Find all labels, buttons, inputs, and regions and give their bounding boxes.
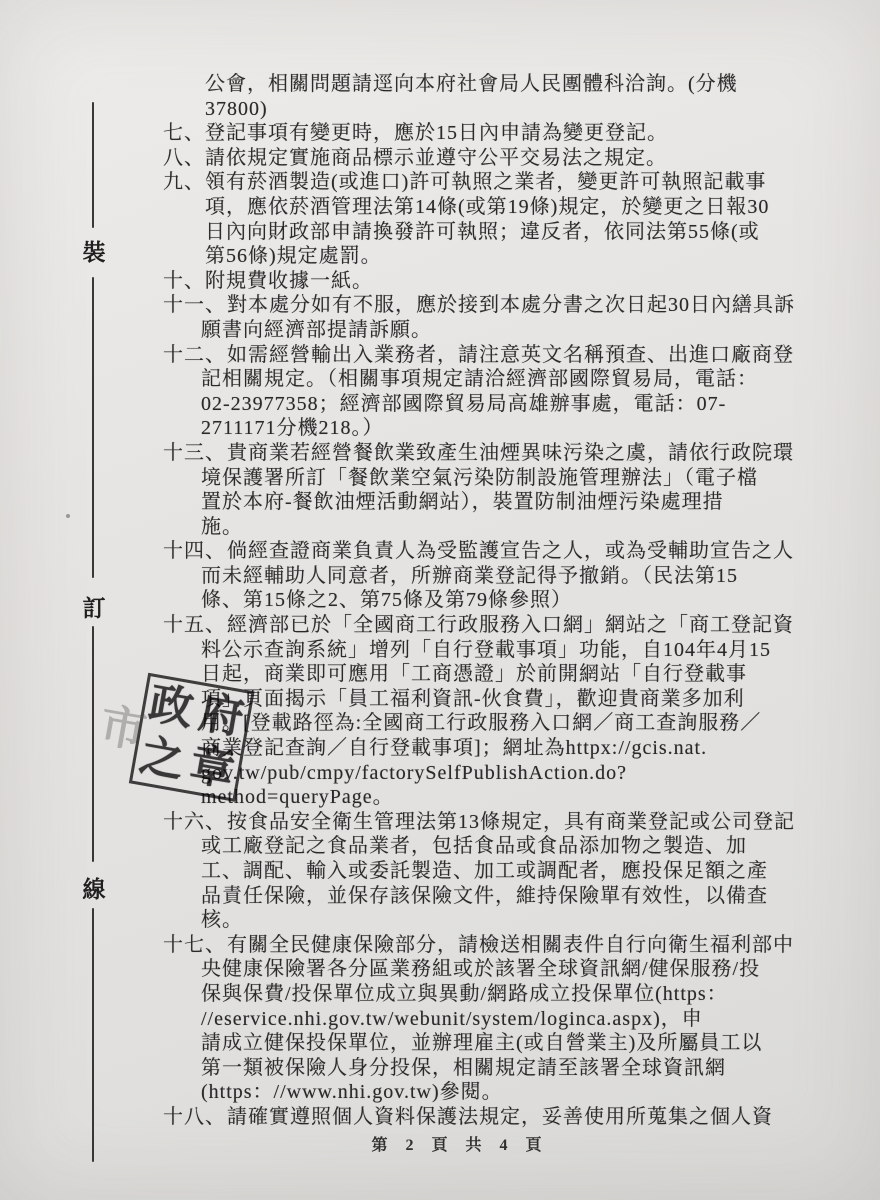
list-item: 九、領有菸酒製造(或進口)許可執照之業者，變更許可執照記載事項，應依菸酒管理法第…	[163, 170, 823, 268]
item-line: 保與保費/投保單位成立與異動/網路成立投保單位(https：	[163, 982, 823, 1007]
item-line: 02-23977358；經濟部國際貿易局高雄辦事處，電話：07-	[163, 392, 823, 417]
item-number: 八、	[163, 146, 205, 171]
official-seal-stamp: 市 政 府 之 章	[91, 666, 254, 802]
item-number: 十三、	[163, 441, 226, 466]
page-number-footer: 第 2 頁 共 4 頁	[0, 1132, 880, 1155]
item-line: 項，應依菸酒管理法第14條(或第19條)規定，於變更之日報30	[163, 195, 823, 220]
binding-char-ding: 訂	[80, 590, 108, 623]
item-line: 項」頁面揭示「員工福利資訊-伙食費」，歡迎貴商業多加利	[163, 687, 823, 712]
item-line: 商業登記查詢／自行登載事項]；網址為httpx://gcis.nat.	[163, 736, 823, 761]
item-line: 施。	[163, 515, 823, 540]
item-line: 而未經輔助人同意者，所辦商業登記得予撤銷。（民法第15	[163, 564, 823, 589]
item-line: method=queryPage。	[163, 785, 823, 810]
intro-continuation: 公會，相關問題請逕向本府社會局人民團體科洽詢。(分機37800)	[163, 72, 823, 121]
binding-line-segment	[92, 277, 94, 578]
list-item: 十五、經濟部已於「全國商工行政服務入口網」網站之「商工登記資料公示查詢系統」增列…	[163, 613, 823, 810]
item-line: 或工廠登記之食品業者，包括食品或食品添加物之製造、加	[163, 834, 823, 859]
list-item: 八、請依規定實施商品標示並遵守公平交易法之規定。	[163, 146, 823, 171]
item-number: 九、	[163, 170, 205, 195]
item-line: 第一類被保險人身分投保，相關規定請至該署全球資訊網	[163, 1056, 823, 1081]
item-number: 十二、	[163, 343, 226, 368]
item-line: 第56條)規定處罰。	[163, 244, 823, 269]
item-line: 料公示查詢系統」增列「自行登載事項」功能，自104年4月15	[163, 638, 823, 663]
scan-speck	[66, 514, 70, 518]
item-line: 對本處分如有不服，應於接到本處分書之次日起30日內繕具訴	[163, 293, 823, 318]
item-line: 願書向經濟部提請訴願。	[163, 318, 823, 343]
list-item: 十、附規費收據一紙。	[163, 269, 823, 294]
binding-line-segment	[92, 102, 94, 228]
item-number: 十七、	[163, 933, 226, 958]
seal-char-zhang: 章	[187, 742, 238, 793]
item-line: //eservice.nhi.gov.tw/webunit/system/log…	[163, 1007, 823, 1032]
item-line: 有關全民健康保險部分，請檢送相關表件自行向衛生福利部中	[163, 933, 823, 958]
list-item: 七、登記事項有變更時，應於15日內申請為變更登記。	[163, 121, 823, 146]
item-line: 倘經查證商業負責人為受監護宣告之人，或為受輔助宣告之人	[163, 539, 823, 564]
document-body: 公會，相關問題請逕向本府社會局人民團體科洽詢。(分機37800)七、登記事項有變…	[163, 72, 823, 1130]
item-number: 十五、	[163, 613, 226, 638]
list-item: 十八、請確實遵照個人資料保護法規定，妥善使用所蒐集之個人資	[163, 1105, 823, 1130]
item-line: 核。	[163, 908, 823, 933]
item-line: 如需經營輸出入業務者，請注意英文名稱預查、出進口廠商登	[163, 343, 823, 368]
item-line: 按食品安全衛生管理法第13條規定，具有商業登記或公司登記	[163, 810, 823, 835]
item-line: 品責任保險，並保存該保險文件，維持保險單有效性，以備查	[163, 884, 823, 909]
list-item: 十二、如需經營輸出入業務者，請注意英文名稱預查、出進口廠商登記相關規定。（相關事…	[163, 343, 823, 441]
item-line: 記相關規定。（相關事項規定請洽經濟部國際貿易局，電話：	[163, 367, 823, 392]
intro-line: 37800)	[163, 97, 823, 122]
seal-char-fu: 府	[196, 690, 247, 741]
seal-char-zheng: 政	[146, 681, 197, 732]
item-line: 請確實遵照個人資料保護法規定，妥善使用所蒐集之個人資	[163, 1105, 823, 1130]
item-number: 十八、	[163, 1105, 226, 1130]
item-number: 十六、	[163, 810, 226, 835]
binding-line-segment	[92, 908, 94, 1162]
item-line: 2711171分機218。）	[163, 416, 823, 441]
item-line: 請成立健保投保單位，並辦理雇主(或自營業主)及所屬員工以	[163, 1031, 823, 1056]
scanned-document-page: 裝 訂 線 公會，相關問題請逕向本府社會局人民團體科洽詢。(分機37800)七、…	[0, 0, 880, 1200]
item-line: 境保護署所訂「餐飲業空氣污染防制設施管理辦法」（電子檔	[163, 466, 823, 491]
item-line: 央健康保險署各分區業務組或於該署全球資訊網/健保服務/投	[163, 957, 823, 982]
item-line: 置於本府-餐飲油煙活動網站），裝置防制油煙污染處理措	[163, 490, 823, 515]
item-line: 請依規定實施商品標示並遵守公平交易法之規定。	[163, 146, 823, 171]
list-item: 十六、按食品安全衛生管理法第13條規定，具有商業登記或公司登記或工廠登記之食品業…	[163, 810, 823, 933]
item-number: 十、	[163, 269, 205, 294]
item-line: 登記事項有變更時，應於15日內申請為變更登記。	[163, 121, 823, 146]
item-number: 十四、	[163, 539, 226, 564]
binding-line-segment	[92, 626, 94, 862]
item-line: 用。[登載路徑為:全國商工行政服務入口網／商工查詢服務／	[163, 711, 823, 736]
item-line: 貴商業若經營餐飲業致產生油煙異味污染之虞，請依行政院環	[163, 441, 823, 466]
item-line: (https：//www.nhi.gov.tw)參閱。	[163, 1080, 823, 1105]
item-line: 日內向財政部申請換發許可執照；違反者，依同法第55條(或	[163, 220, 823, 245]
item-line: 領有菸酒製造(或進口)許可執照之業者，變更許可執照記載事	[163, 170, 823, 195]
list-item: 十七、有關全民健康保險部分，請檢送相關表件自行向衛生福利部中央健康保險署各分區業…	[163, 933, 823, 1105]
list-item: 十三、貴商業若經營餐飲業致產生油煙異味污染之虞，請依行政院環境保護署所訂「餐飲業…	[163, 441, 823, 539]
item-line: gov.tw/pub/cmpy/factorySelfPublishAction…	[163, 761, 823, 786]
item-line: 附規費收據一紙。	[163, 269, 823, 294]
intro-line: 公會，相關問題請逕向本府社會局人民團體科洽詢。(分機	[163, 72, 823, 97]
binding-char-xian: 線	[80, 871, 108, 904]
binding-char-zhuang: 裝	[80, 234, 108, 267]
list-item: 十四、倘經查證商業負責人為受監護宣告之人，或為受輔助宣告之人而未經輔助人同意者，…	[163, 539, 823, 613]
item-number: 十一、	[163, 293, 226, 318]
item-line: 條、第15條之2、第75條及第79條參照）	[163, 588, 823, 613]
list-item: 十一、對本處分如有不服，應於接到本處分書之次日起30日內繕具訴願書向經濟部提請訴…	[163, 293, 823, 342]
item-line: 工、調配、輸入或委託製造、加工或調配者，應投保足額之產	[163, 859, 823, 884]
item-line: 經濟部已於「全國商工行政服務入口網」網站之「商工登記資	[163, 613, 823, 638]
seal-border-box: 政 府 之 章	[129, 673, 255, 802]
item-number: 七、	[163, 121, 205, 146]
item-line: 日起，商業即可應用「工商憑證」於前開網站「自行登載事	[163, 662, 823, 687]
